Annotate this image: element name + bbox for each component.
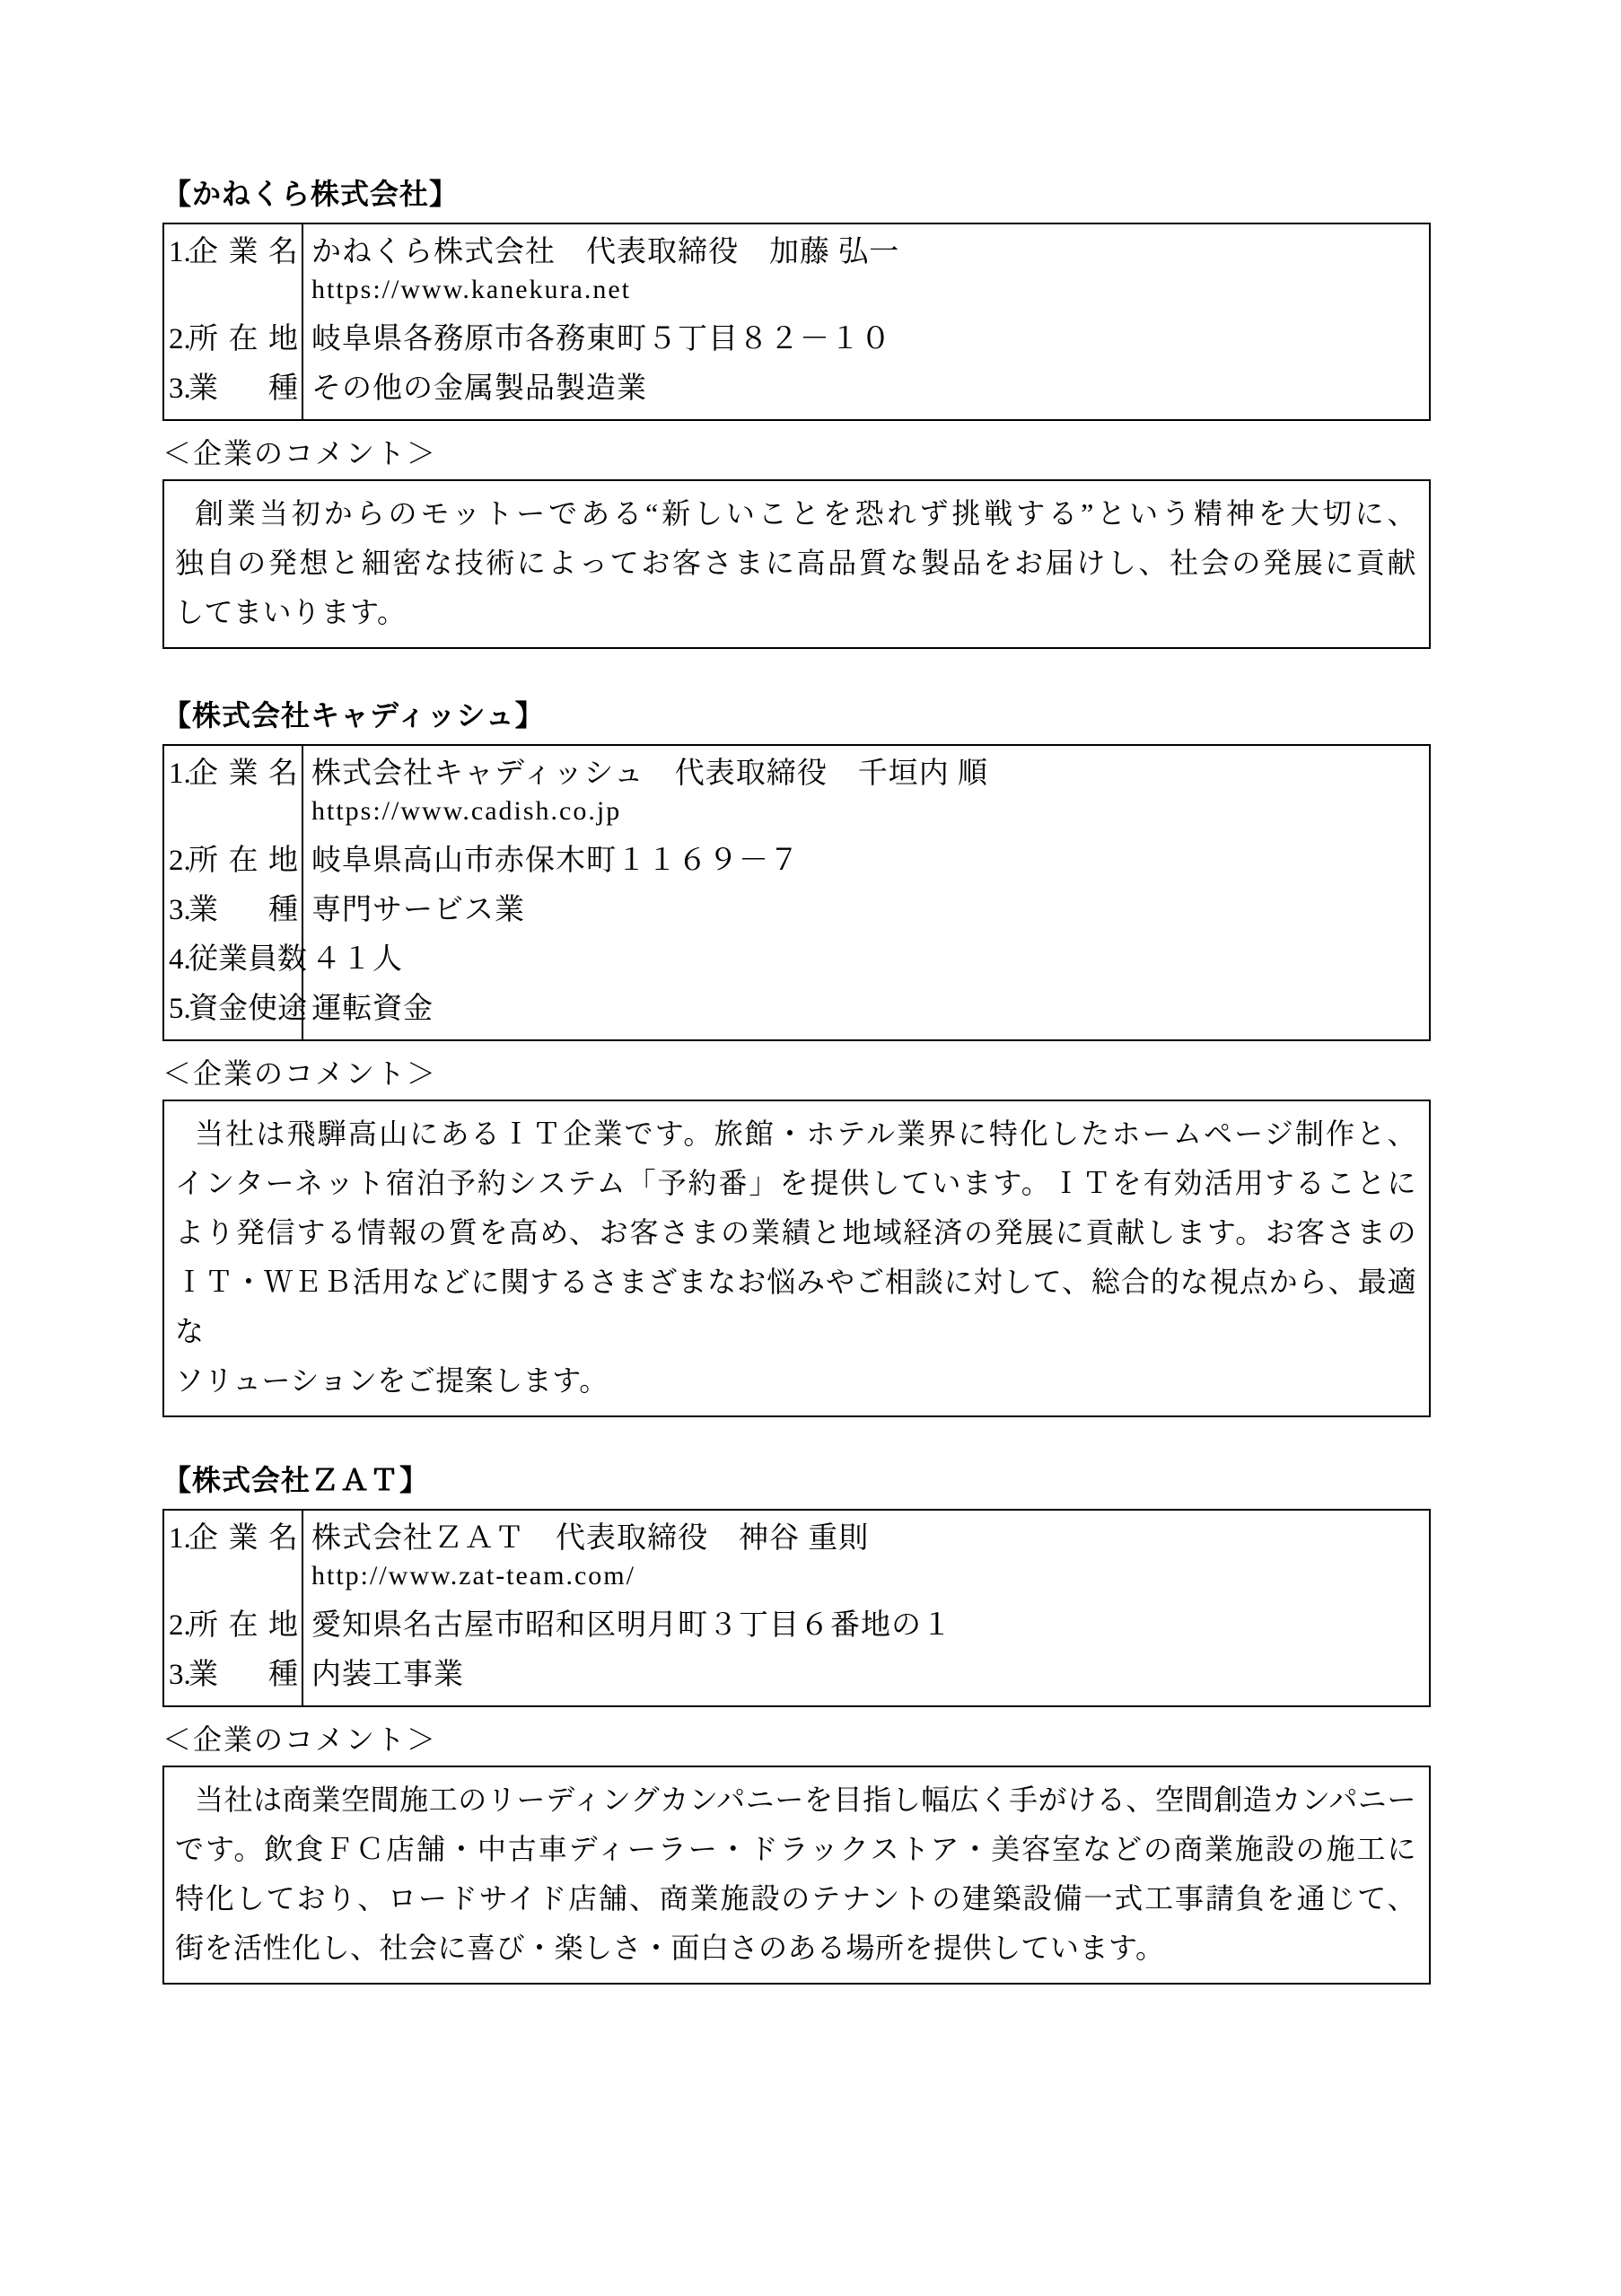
table-row-address: 2.所在地 岐阜県高山市赤保木町１１６９－７: [164, 842, 1429, 880]
comment-line: より発信する情報の質を高め、お客さまの業績と地域経済の発展に貢献します。お客さま…: [175, 1208, 1416, 1258]
comment-line: です。飲食ＦＣ店舗・中古車ディーラー・ドラックストア・美容室などの商業施設の施工…: [175, 1825, 1416, 1874]
company-info-table: 1.企業名 株式会社ＺＡＴ 代表取締役 神谷 重則 http://www.zat…: [162, 1509, 1431, 1707]
row-value: 株式会社ＺＡＴ 代表取締役 神谷 重則 http://www.zat-team.…: [302, 1520, 1429, 1595]
comment-line: ＩＴ・ＷＥＢ活用などに関するさまざまなお悩みやご相談に対して、総合的な視点から、…: [175, 1258, 1416, 1356]
comment-heading: ＜企業のコメント＞: [162, 1056, 1431, 1091]
company-name-value: かねくら株式会社 代表取締役 加藤 弘一: [311, 233, 1429, 271]
row-label: 2.所在地: [164, 1607, 302, 1644]
table-row-company-name: 1.企業名 株式会社ＺＡＴ 代表取締役 神谷 重則 http://www.zat…: [164, 1520, 1429, 1595]
row-label-text: 所在地: [188, 320, 298, 358]
comment-line: 創業当初からのモットーである“新しいことを恐れず挑戦する”という精神を大切に、: [175, 489, 1416, 539]
address-value: 岐阜県各務原市各務東町５丁目８２－１０: [302, 320, 1429, 358]
table-row-fund-use: 5.資金使途 運転資金: [164, 990, 1429, 1028]
row-label-text: 所在地: [188, 842, 298, 880]
comment-line: インターネット宿泊予約システム「予約番」を提供しています。ＩＴを有効活用すること…: [175, 1159, 1416, 1208]
row-number: 2.: [169, 842, 188, 880]
comment-line: 特化しており、ロードサイド店舗、商業施設のテナントの建築設備一式工事請負を通じて…: [175, 1874, 1416, 1924]
row-label-text: 従業員数: [188, 941, 298, 978]
company-url: http://www.zat-team.com/: [311, 1557, 1429, 1595]
row-label: 2.所在地: [164, 320, 302, 358]
row-label: 5.資金使途: [164, 990, 302, 1028]
company-title: 【株式会社ＺＡＴ】: [162, 1462, 1431, 1498]
row-label: 3.業種: [164, 891, 302, 929]
table-row-industry: 3.業種 その他の金属製品製造業: [164, 370, 1429, 407]
document-page: 【かねくら株式会社】 1.企業名 かねくら株式会社 代表取締役 加藤 弘一 ht…: [0, 0, 1621, 2296]
industry-value: 内装工事業: [302, 1656, 1429, 1694]
company-title: 【株式会社キャディッシュ】: [162, 697, 1431, 733]
comment-heading: ＜企業のコメント＞: [162, 435, 1431, 471]
row-number: 1.: [169, 1520, 188, 1557]
company-url: https://www.kanekura.net: [311, 271, 1429, 309]
row-value: 株式会社キャディッシュ 代表取締役 千垣内 順 https://www.cadi…: [302, 755, 1429, 830]
table-row-industry: 3.業種 内装工事業: [164, 1656, 1429, 1694]
row-number: 5.: [169, 990, 188, 1028]
comment-line: 街を活性化し、社会に喜び・楽しさ・面白さのある場所を提供しています。: [175, 1924, 1416, 1973]
document-content: 【かねくら株式会社】 1.企業名 かねくら株式会社 代表取締役 加藤 弘一 ht…: [162, 176, 1431, 1985]
table-row-address: 2.所在地 岐阜県各務原市各務東町５丁目８２－１０: [164, 320, 1429, 358]
row-label-text: 業種: [188, 370, 298, 407]
comment-line: 当社は飛騨高山にあるＩＴ企業です。旅館・ホテル業界に特化したホームページ制作と、: [175, 1109, 1416, 1159]
comment-line: 当社は商業空間施工のリーディングカンパニーを目指し幅広く手がける、空間創造カンパ…: [175, 1775, 1416, 1825]
industry-value: その他の金属製品製造業: [302, 370, 1429, 407]
row-number: 2.: [169, 320, 188, 358]
row-label: 2.所在地: [164, 842, 302, 880]
row-label: 1.企業名: [164, 233, 302, 309]
row-label-text: 企業名: [188, 1520, 298, 1557]
row-label-text: 業種: [188, 891, 298, 929]
row-label: 1.企業名: [164, 1520, 302, 1595]
row-number: 3.: [169, 891, 188, 929]
industry-value: 専門サービス業: [302, 891, 1429, 929]
row-number: 4.: [169, 941, 188, 978]
comment-box: 創業当初からのモットーである“新しいことを恐れず挑戦する”という精神を大切に、 …: [162, 479, 1431, 649]
company-info-table: 1.企業名 株式会社キャディッシュ 代表取締役 千垣内 順 https://ww…: [162, 744, 1431, 1041]
comment-box: 当社は飛騨高山にあるＩＴ企業です。旅館・ホテル業界に特化したホームページ制作と、…: [162, 1100, 1431, 1417]
table-row-employees: 4.従業員数 ４１人: [164, 941, 1429, 978]
row-label: 3.業種: [164, 370, 302, 407]
fund-use-value: 運転資金: [302, 990, 1429, 1028]
row-label: 4.従業員数: [164, 941, 302, 978]
comment-line: 独自の発想と細密な技術によってお客さまに高品質な製品をお届けし、社会の発展に貢献: [175, 539, 1416, 588]
employees-value: ４１人: [302, 941, 1429, 978]
row-label: 3.業種: [164, 1656, 302, 1694]
company-name-value: 株式会社キャディッシュ 代表取締役 千垣内 順: [311, 755, 1429, 793]
table-row-address: 2.所在地 愛知県名古屋市昭和区明月町３丁目６番地の１: [164, 1607, 1429, 1644]
comment-line: ソリューションをご提案します。: [175, 1356, 1416, 1406]
row-number: 1.: [169, 755, 188, 793]
row-label-text: 所在地: [188, 1607, 298, 1644]
row-label-text: 業種: [188, 1656, 298, 1694]
comment-heading: ＜企業のコメント＞: [162, 1722, 1431, 1757]
company-section-kanekura: 【かねくら株式会社】 1.企業名 かねくら株式会社 代表取締役 加藤 弘一 ht…: [162, 176, 1431, 649]
comment-box: 当社は商業空間施工のリーディングカンパニーを目指し幅広く手がける、空間創造カンパ…: [162, 1766, 1431, 1985]
address-value: 岐阜県高山市赤保木町１１６９－７: [302, 842, 1429, 880]
row-value: かねくら株式会社 代表取締役 加藤 弘一 https://www.kanekur…: [302, 233, 1429, 309]
table-row-company-name: 1.企業名 株式会社キャディッシュ 代表取締役 千垣内 順 https://ww…: [164, 755, 1429, 830]
address-value: 愛知県名古屋市昭和区明月町３丁目６番地の１: [302, 1607, 1429, 1644]
table-row-company-name: 1.企業名 かねくら株式会社 代表取締役 加藤 弘一 https://www.k…: [164, 233, 1429, 309]
row-label-text: 資金使途: [188, 990, 298, 1028]
row-number: 2.: [169, 1607, 188, 1644]
row-number: 3.: [169, 1656, 188, 1694]
company-info-table: 1.企業名 かねくら株式会社 代表取締役 加藤 弘一 https://www.k…: [162, 223, 1431, 421]
row-label-text: 企業名: [188, 233, 298, 271]
table-row-industry: 3.業種 専門サービス業: [164, 891, 1429, 929]
row-number: 3.: [169, 370, 188, 407]
company-title: 【かねくら株式会社】: [162, 176, 1431, 212]
company-url: https://www.cadish.co.jp: [311, 793, 1429, 830]
row-label: 1.企業名: [164, 755, 302, 830]
company-section-cadish: 【株式会社キャディッシュ】 1.企業名 株式会社キャディッシュ 代表取締役 千垣…: [162, 697, 1431, 1417]
comment-line: してまいります。: [175, 588, 1416, 637]
row-number: 1.: [169, 233, 188, 271]
company-name-value: 株式会社ＺＡＴ 代表取締役 神谷 重則: [311, 1520, 1429, 1557]
company-section-zat: 【株式会社ＺＡＴ】 1.企業名 株式会社ＺＡＴ 代表取締役 神谷 重則 http…: [162, 1462, 1431, 1985]
row-label-text: 企業名: [188, 755, 298, 793]
